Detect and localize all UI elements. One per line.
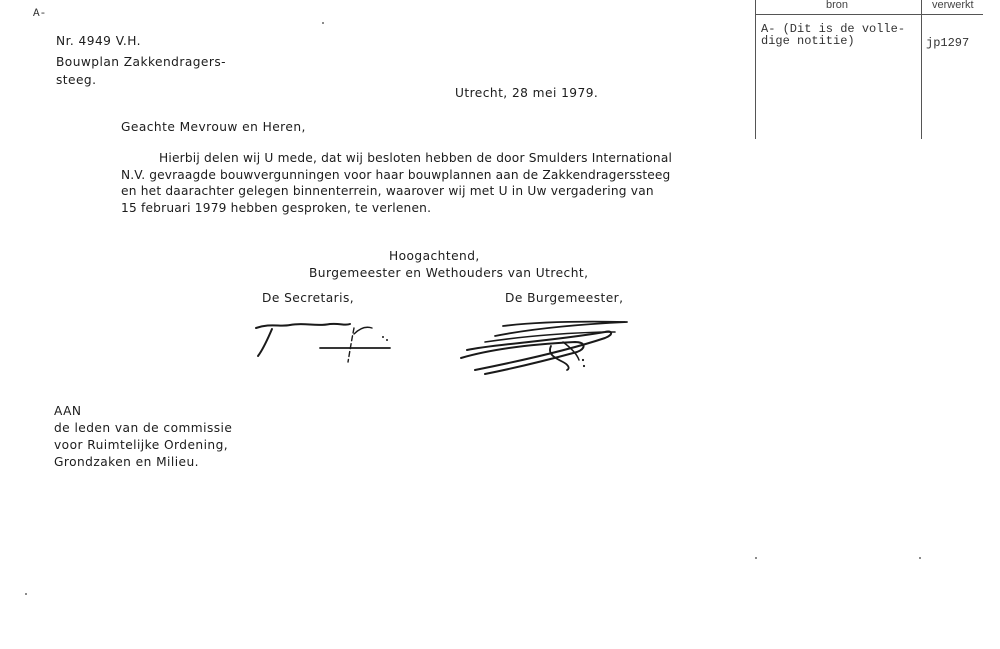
secretary-signature xyxy=(250,318,400,368)
signatory-body: Burgemeester en Wethouders van Utrecht, xyxy=(309,267,588,279)
body-line: Hierbij delen wij U mede, dat wij beslot… xyxy=(159,152,672,164)
subject-line-2: steeg. xyxy=(56,74,96,86)
register-column-divider xyxy=(921,0,922,139)
place-date: Utrecht, 28 mei 1979. xyxy=(455,87,598,99)
salutation: Geachte Mevrouw en Heren, xyxy=(121,121,306,133)
addressee-line: voor Ruimtelijke Ordening, xyxy=(54,439,228,451)
secretary-title: De Secretaris, xyxy=(262,292,354,304)
register-header-processed: verwerkt xyxy=(932,0,974,11)
register-processed-value: jp1297 xyxy=(926,37,969,49)
addressee-line: de leden van de commissie xyxy=(54,422,232,434)
body-line: N.V. gevraagde bouwvergunningen voor haa… xyxy=(121,169,670,181)
reference-number: Nr. 4949 V.H. xyxy=(56,35,141,47)
addressee-line: Grondzaken en Milieu. xyxy=(54,456,199,468)
register-header-source: bron xyxy=(826,0,848,11)
scanned-letter-page: bron verwerkt A- (Dit is de volle- dige … xyxy=(0,0,1000,649)
addressee-heading: AAN xyxy=(54,405,81,417)
scan-speck xyxy=(919,557,921,559)
scan-speck xyxy=(322,22,324,24)
scan-speck xyxy=(755,557,757,559)
subject-line-1: Bouwplan Zakkendragers- xyxy=(56,56,226,68)
register-header-rule xyxy=(755,14,983,15)
mayor-title: De Burgemeester, xyxy=(505,292,623,304)
body-line: en het daarachter gelegen binnenterrein,… xyxy=(121,185,654,197)
document-mark: A- xyxy=(33,9,46,20)
register-left-border xyxy=(755,0,756,139)
body-line: 15 februari 1979 hebben gesproken, te ve… xyxy=(121,202,431,214)
scan-speck xyxy=(25,593,27,595)
mayor-signature xyxy=(455,318,635,378)
closing: Hoogachtend, xyxy=(389,250,480,262)
register-source-line-2: dige notitie) xyxy=(761,35,855,47)
